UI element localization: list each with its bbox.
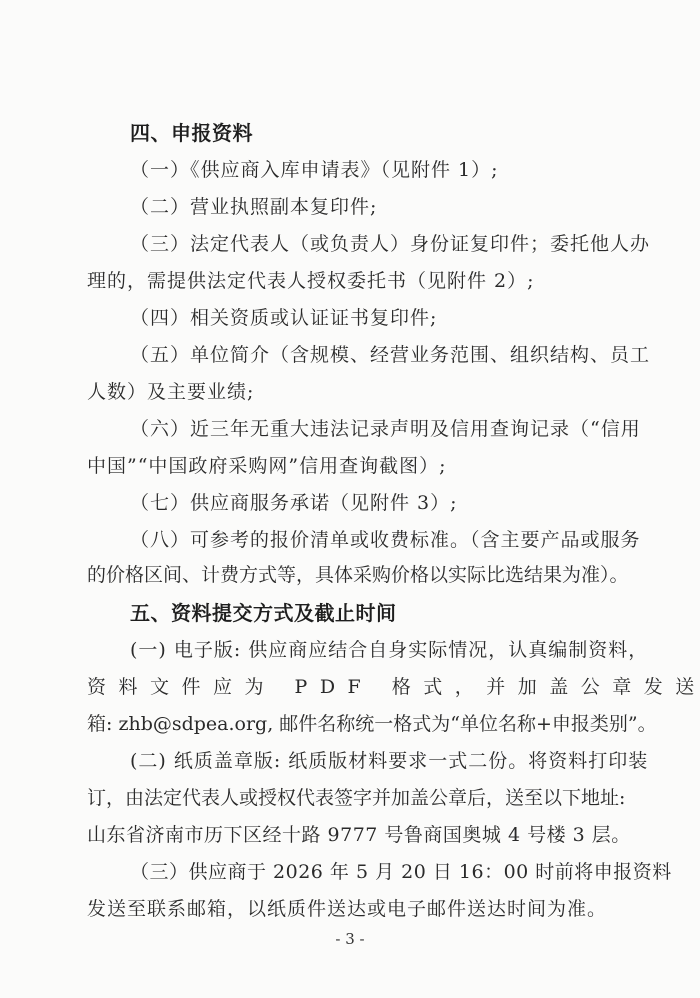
submission-item-2: (二) 纸质盖章版: 纸质版材料要求一式二份。将资料打印装 [130, 749, 677, 773]
submission-item-3: （三）供应商于 2026 年 5 月 20 日 16：00 时前将申报资料 [130, 860, 677, 884]
list-item-1: （一）《供应商入库申请表》（见附件 1）; [130, 158, 677, 182]
list-item-2: （二）营业执照副本复印件; [130, 195, 677, 219]
list-item-4: （四）相关资质或认证证书复印件; [130, 306, 677, 330]
submission-item-2-cont: 订，由法定代表人或授权代表签字并加盖公章后，送至以下地址: [87, 786, 677, 810]
submission-item-1-email: 箱: zhb@sdpea.org, 邮件名称统一格式为“单位名称+申报类别”。 [87, 712, 677, 736]
submission-item-1-cont: 资料文件应为 PDF 格式，并加盖公章发送至邮 [87, 675, 677, 699]
list-item-8-cont: 的价格区间、计费方式等，具体采购价格以实际比选结果为准）。 [87, 563, 677, 587]
list-item-8: （八）可参考的报价清单或收费标准。（含主要产品或服务 [130, 528, 677, 552]
submission-item-1: (一) 电子版: 供应商应结合自身实际情况，认真编制资料， [130, 638, 677, 662]
document-page: 四、申报资料 （一）《供应商入库申请表》（见附件 1）; （二）营业执照副本复印… [0, 0, 700, 998]
list-item-5-cont: 人数）及主要业绩; [87, 380, 677, 404]
list-item-6: （六）近三年无重大违法记录声明及信用查询记录（“信用 [130, 417, 677, 441]
submission-item-2-address: 山东省济南市历下区经十路 9777 号鲁商国奥城 4 号楼 3 层。 [87, 823, 677, 847]
list-item-3: （三）法定代表人（或负责人）身份证复印件；委托他人办 [130, 232, 677, 256]
list-item-6-cont: 中国”“中国政府采购网”信用查询截图）; [87, 454, 677, 478]
list-item-7: （七）供应商服务承诺（见附件 3）; [130, 491, 677, 515]
list-item-5: （五）单位简介（含规模、经营业务范围、组织结构、员工 [130, 343, 677, 367]
submission-item-3-cont: 发送至联系邮箱，以纸质件送达或电子邮件送达时间为准。 [87, 897, 677, 921]
list-item-3-cont: 理的，需提供法定代表人授权委托书（见附件 2）; [87, 269, 677, 293]
section-heading-submission-method: 五、资料提交方式及截止时间 [130, 601, 677, 625]
page-number: - 3 - [0, 930, 700, 948]
section-heading-application-materials: 四、申报资料 [130, 121, 677, 145]
